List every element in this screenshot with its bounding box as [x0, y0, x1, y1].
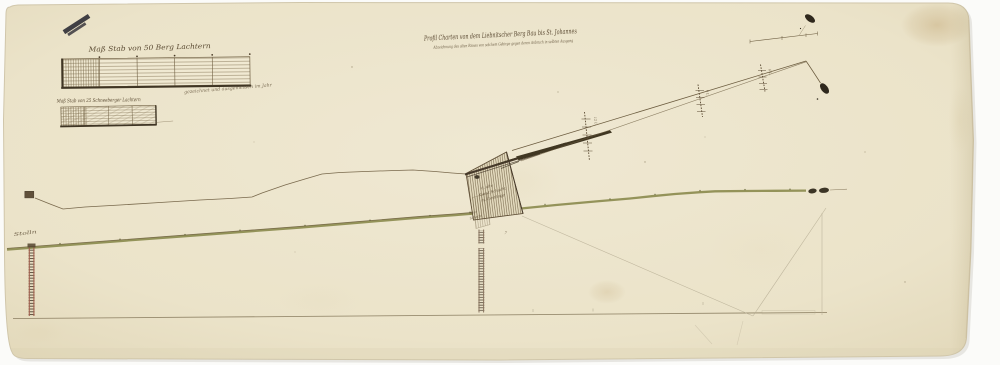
adit-mouth-mark: [25, 191, 34, 198]
ladder-shaft-left: [28, 244, 36, 317]
ink-speck: [817, 98, 819, 100]
station-note: 6 L.: [768, 69, 773, 76]
station-note: 9 L.: [705, 90, 710, 97]
ink-speck: [800, 28, 801, 29]
scanned-map-sheet: Maß Stab von 50 Berg Lachtern gezeichnet…: [0, 0, 1000, 365]
